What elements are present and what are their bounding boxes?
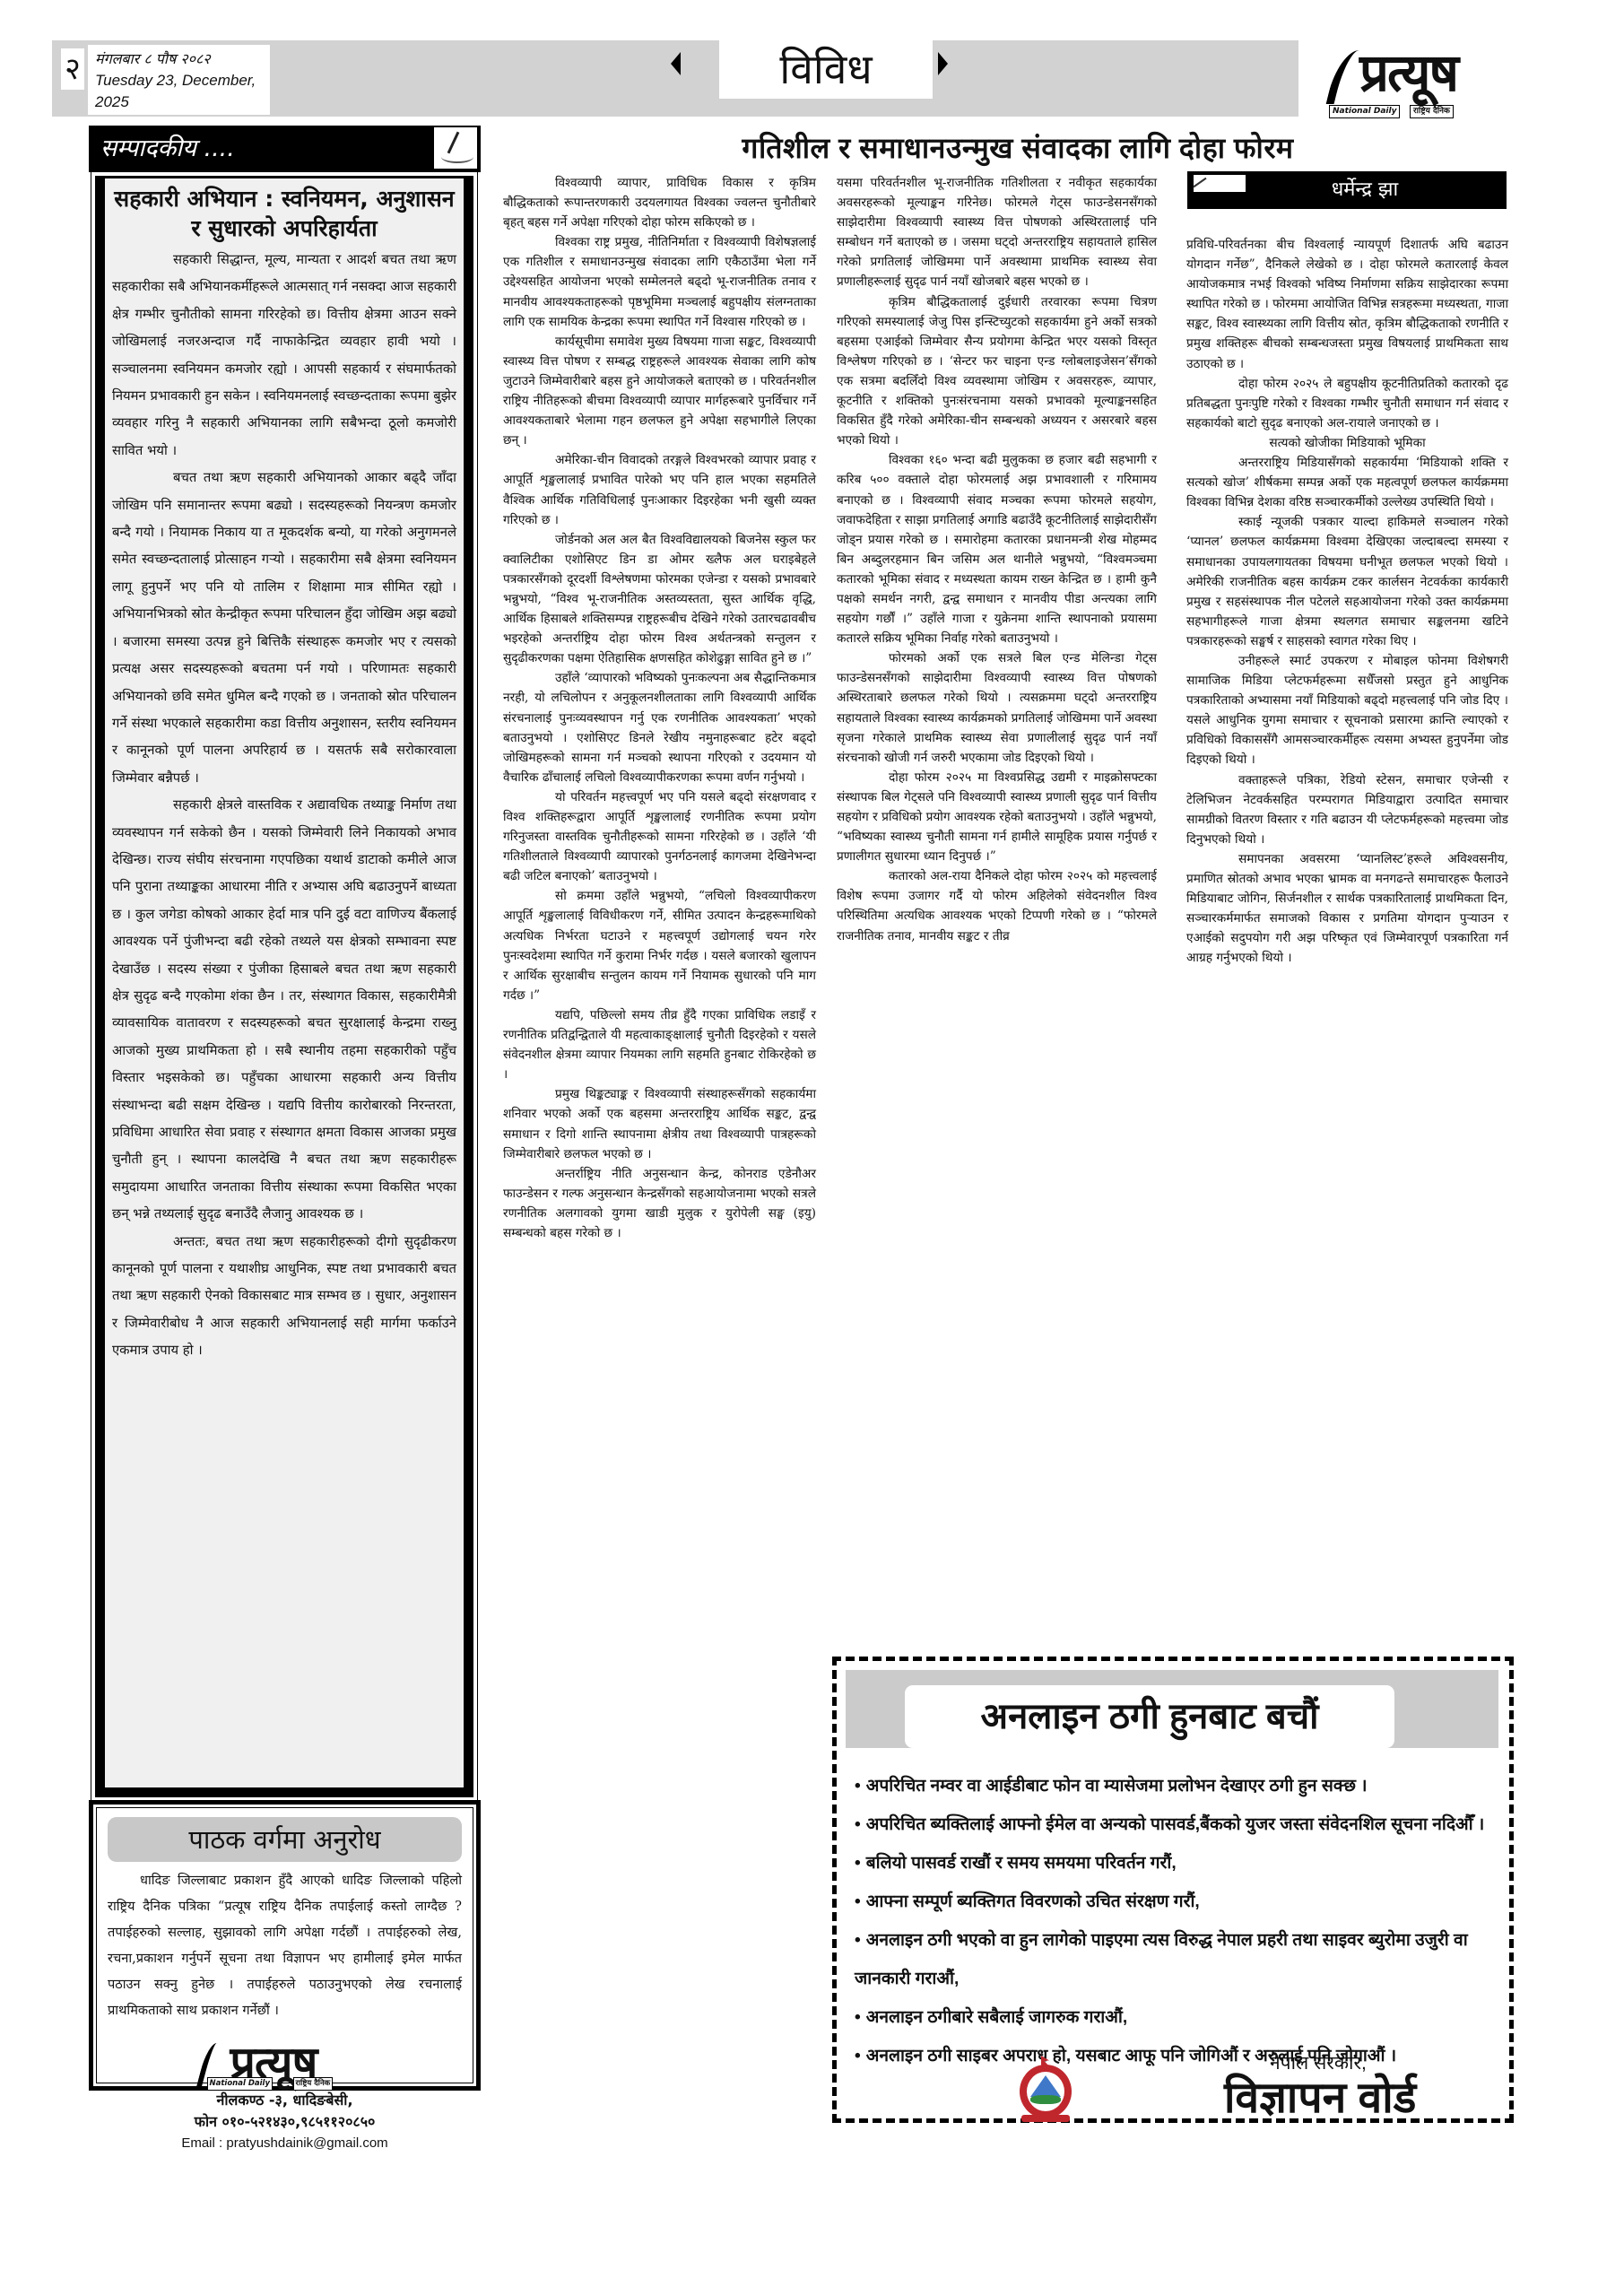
article-paragraph: फोरमको अर्को एक सत्रले बिल एन्ड मेलिन्डा…	[837, 648, 1157, 768]
newspaper-logo: प्रत्यूष National Daily राष्ट्रिय दैनिक	[1327, 45, 1517, 118]
article-column-2: यसमा परिवर्तनशील भू-राजनीतिक गतिशीलता र …	[837, 173, 1157, 946]
public-notice-ad: अनलाइन ठगी हुनबाट बचौं •अपरिचित नम्वर वा…	[832, 1657, 1514, 2123]
logo-wordmark: प्रत्यूष	[1359, 41, 1457, 104]
article-paragraph: उहाँले ‘व्यापारको भविष्यको पुनःकल्पना अब…	[503, 668, 816, 787]
editorial-paragraph: सहकारी क्षेत्रले वास्तविक र अद्यावधिक तथ…	[112, 792, 456, 1229]
editorial-body-box: सहकारी अभियान : स्वनियमन, अनुशासन र सुधा…	[95, 176, 473, 1797]
ad-title-box: अनलाइन ठगी हुनबाट बचौं	[905, 1685, 1394, 1748]
ad-title: अनलाइन ठगी हुनबाट बचौं	[905, 1685, 1394, 1748]
article-paragraph: विश्वका १६० भन्दा बढी मुलुकका छ हजार बढी…	[837, 450, 1157, 648]
arrow-right-icon	[938, 52, 948, 75]
logo-tag-nepali: राष्ट्रिय दैनिक	[1410, 105, 1454, 118]
reader-request-title: पाठक वर्गमा अनुरोध	[108, 1817, 462, 1862]
article-paragraph: सो क्रममा उहाँले भन्नुभयो, “लचिलो विश्वव…	[503, 886, 816, 1005]
reader-request-body: धादिङ जिल्लाबाट प्रकाशन हुँदै आएको धादिङ…	[108, 1867, 462, 2023]
bullet-icon: •	[855, 1854, 861, 1873]
ad-list-item: •अनलाइन ठगी भएको वा हुन लागेको पाइएमा त्…	[855, 1921, 1500, 1998]
section-title-box: विविध	[719, 40, 933, 99]
bullet-icon: •	[855, 1777, 861, 1796]
article-paragraph: यद्यपि, पछिल्लो समय तीव्र हुँदै गएका प्र…	[503, 1005, 816, 1084]
author-byline: धर्मेन्द्र झा	[1187, 171, 1507, 209]
editorial-paragraph: बचत तथा ऋण सहकारी अभियानको आकार बढ्दै जा…	[112, 465, 456, 792]
issuer-board: विज्ञापन वोर्ड	[1224, 2074, 1416, 2124]
article-paragraph: कार्यसूचीमा समावेश मुख्य विषयमा गाजा सङ्…	[503, 332, 816, 451]
bullet-icon: •	[855, 1892, 861, 1911]
article-paragraph: दोहा फोरम २०२५ ले बहुपक्षीय कूटनीतिप्रति…	[1186, 374, 1508, 433]
ad-list-item: •आफ्ना सम्पूर्ण ब्यक्तिगत विवरणको उचित स…	[855, 1883, 1500, 1921]
date-nepali: मंगलबार ८ पौष २०८२	[95, 48, 263, 70]
article-paragraph: प्रमुख थिङ्कट्याङ्क र विश्वव्यापी संस्था…	[503, 1084, 816, 1163]
article-paragraph: अन्तरराष्ट्रिय मिडियासँगको सहकार्यमा ‘मि…	[1186, 453, 1508, 512]
logo-tag-english: National Daily	[207, 2077, 274, 2091]
editorial-paragraph: अन्ततः, बचत तथा ऋण सहकारीहरूको दीगो सुदृ…	[112, 1229, 456, 1365]
page-number: २	[61, 48, 84, 90]
article-column-1: विश्वव्यापी व्यापार, प्राविधिक विकास र क…	[503, 173, 816, 1243]
ad-bullet-list: •अपरिचित नम्वर वा आईडीबाट फोन वा म्यासेज…	[855, 1767, 1500, 2075]
article-subheading: सत्यको खोजीका मिडियाको भूमिका	[1186, 433, 1508, 453]
article-paragraph: समापनका अवसरमा ‘प्यानलिस्ट’हरूले अविश्वस…	[1186, 849, 1508, 969]
pen-icon	[1194, 175, 1246, 192]
date-english: Tuesday 23, December, 2025	[95, 70, 263, 113]
reader-request-inner: पाठक वर्गमा अनुरोध धादिङ जिल्लाबाट प्रका…	[96, 1807, 473, 2083]
bullet-icon: •	[855, 1815, 861, 1834]
editorial-frame: सहकारी अभियान : स्वनियमन, अनुशासन र सुधा…	[91, 171, 478, 1802]
newspaper-logo-small: प्रत्यूष National Daily राष्ट्रिय दैनिक	[200, 2036, 370, 2090]
article-paragraph: उनीहरूले स्मार्ट उपकरण र मोबाइल फोनमा वि…	[1186, 651, 1508, 770]
article-paragraph: वक्ताहरूले पत्रिका, रेडियो स्टेसन, समाचा…	[1186, 770, 1508, 849]
logo-tag-english: National Daily	[1329, 105, 1400, 118]
bullet-icon: •	[855, 1931, 861, 1950]
bullet-icon: •	[855, 2047, 861, 2066]
nepal-emblem-icon	[1020, 2056, 1073, 2127]
ad-list-item: •अनलाइन ठगीबारे सबैलाई जागरुक गराऔं,	[855, 1998, 1500, 2037]
editorial-paragraph: सहकारी सिद्धान्त, मूल्य, मान्यता र आदर्श…	[112, 247, 456, 465]
arrow-left-icon	[671, 52, 681, 75]
address: नीलकण्ठ -३, धादिङबेसी,	[108, 2090, 462, 2111]
ad-list-item: •अनलाइन ठगी साइबर अपराध हो, यसबाट आफू पन…	[855, 2037, 1500, 2075]
phone: फोन ०१०-५२१४३०,९८५११२०८५०	[108, 2111, 462, 2133]
editorial-header: सम्पादकीय ....	[89, 126, 481, 172]
article-paragraph: अन्तर्राष्ट्रिय नीति अनुसन्धान केन्द्र, …	[503, 1164, 816, 1243]
editorial-body: सहकारी सिद्धान्त, मूल्य, मान्यता र आदर्श…	[112, 247, 456, 1365]
issuer-government: नेपाल सरकार,	[1270, 2050, 1367, 2075]
article-paragraph: यसमा परिवर्तनशील भू-राजनीतिक गतिशीलता र …	[837, 173, 1157, 292]
section-title: विविध	[719, 40, 933, 99]
ad-list-item: •बलियो पासवर्ड राखौं र समय समयमा परिवर्त…	[855, 1844, 1500, 1883]
editorial-title: सहकारी अभियान : स्वनियमन, अनुशासन र सुधा…	[112, 184, 456, 243]
date-box: मंगलबार ८ पौष २०८२ Tuesday 23, December,…	[88, 45, 270, 115]
logo-tag-nepali: राष्ट्रिय दैनिक	[293, 2077, 334, 2091]
reader-request-box: पाठक वर्गमा अनुरोध धादिङ जिल्लाबाट प्रका…	[89, 1800, 481, 2091]
bullet-icon: •	[855, 2008, 861, 2027]
article-column-3: प्रविधि-परिवर्तनका बीच विश्वलाई न्यायपूर…	[1186, 235, 1508, 968]
article-paragraph: जोर्डनको अल अल बैत विश्वविद्यालयको बिजने…	[503, 530, 816, 669]
article-paragraph: यो परिवर्तन महत्त्वपूर्ण भए पनि यसले बढ्…	[503, 787, 816, 886]
article-paragraph: अमेरिका-चीन विवादको तरङ्गले विश्वभरको व्…	[503, 450, 816, 529]
article-paragraph: विश्वका राष्ट्र प्रमुख, नीतिनिर्माता र व…	[503, 232, 816, 331]
article-paragraph: दोहा फोरम २०२५ मा विश्वप्रसिद्ध उद्यमी र…	[837, 768, 1157, 866]
article-paragraph: स्काई न्यूजकी पत्रकार याल्दा हाकिमले सञ्…	[1186, 512, 1508, 651]
ad-list-item: •अपरिचित नम्वर वा आईडीबाट फोन वा म्यासेज…	[855, 1767, 1500, 1805]
article-paragraph: विश्वव्यापी व्यापार, प्राविधिक विकास र क…	[503, 173, 816, 232]
article-paragraph: कृत्रिम बौद्धिकतालाई दुईधारी तरवारका रूप…	[837, 292, 1157, 451]
editorial-label: सम्पादकीय ....	[100, 131, 235, 167]
article-headline: गतिशील र समाधानउन्मुख संवादका लागि दोहा …	[502, 126, 1533, 170]
email-link[interactable]: Email : pratyushdainik@gmail.com	[108, 2133, 462, 2154]
pen-icon	[434, 127, 477, 169]
ad-list-item: •अपरिचित ब्यक्तिलाई आफ्नो ईमेल वा अन्यको…	[855, 1805, 1500, 1844]
article-paragraph: प्रविधि-परिवर्तनका बीच विश्वलाई न्यायपूर…	[1186, 235, 1508, 374]
article-paragraph: कतारको अल-राया दैनिकले दोहा फोरम २०२५ को…	[837, 866, 1157, 945]
